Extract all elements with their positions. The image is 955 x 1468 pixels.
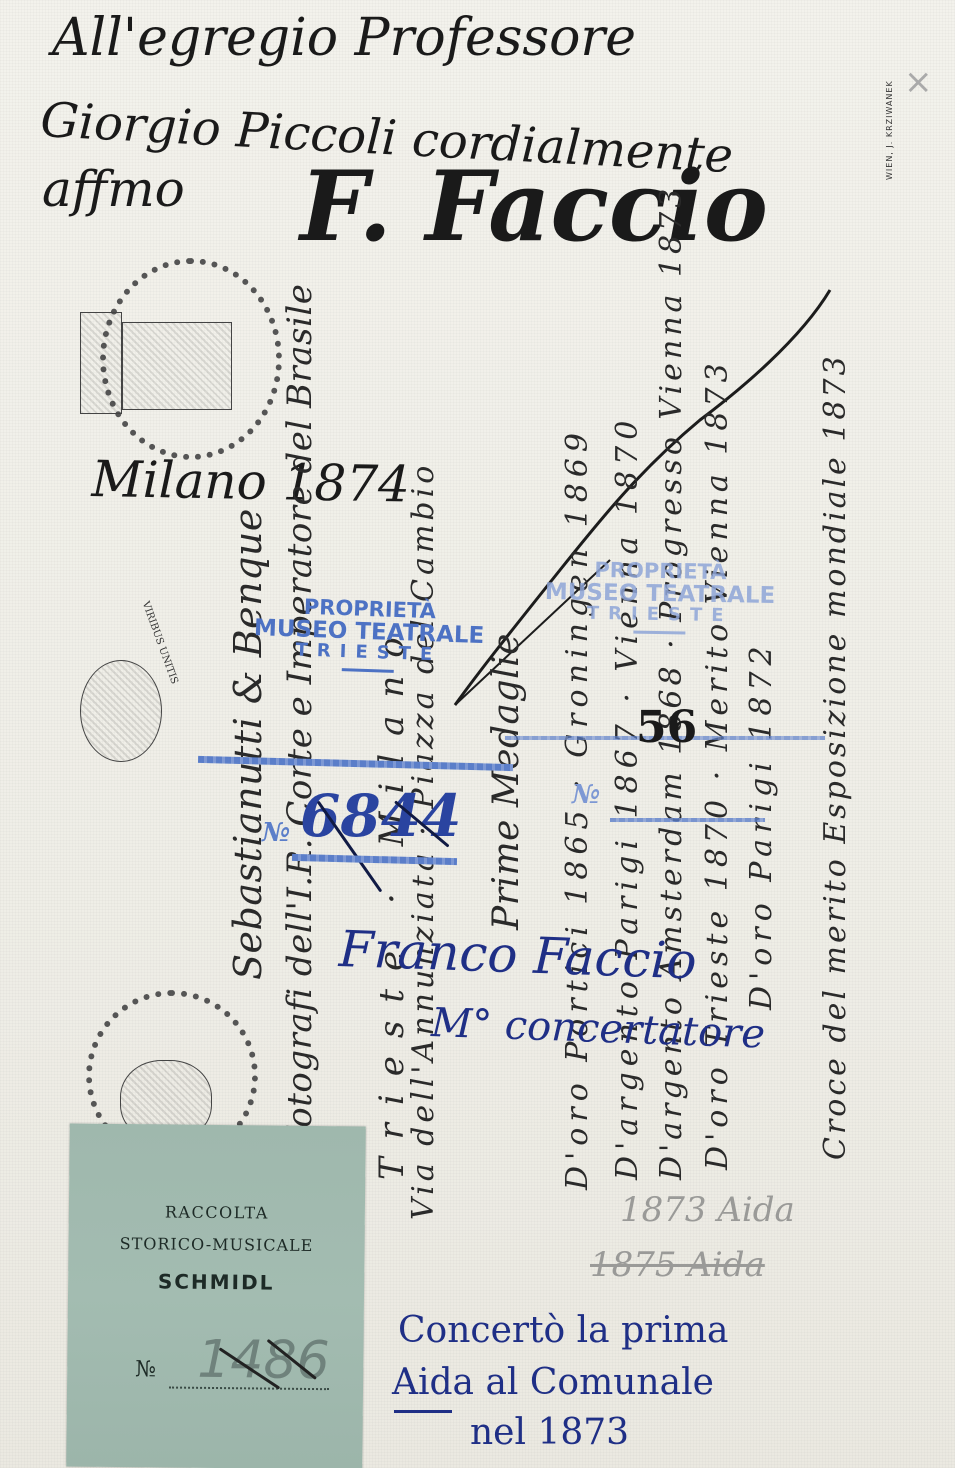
- label-number-symbol: №: [135, 1357, 156, 1382]
- note-underline: [394, 1410, 452, 1413]
- imprint-column-1: Sebastianutti & Benque: [226, 508, 270, 980]
- label-line-1: RACCOLTA: [69, 1201, 365, 1223]
- stamp-2-number-rule: [610, 818, 765, 822]
- coat-of-arms-trieste-icon: [122, 322, 232, 410]
- label-number: 1486: [197, 1330, 330, 1391]
- pencil-note-1: 1873 Aida: [620, 1190, 795, 1230]
- mural-crown-icon: [80, 312, 122, 414]
- stamp-2-number: 56: [636, 702, 697, 753]
- stamp-1-number: 6844: [300, 782, 461, 850]
- imprint-column-10: D'oro Parigi 1872: [744, 640, 779, 1010]
- label-line-2: STORICO-MUSICALE: [68, 1233, 364, 1255]
- label-line-3: SCHMIDL: [68, 1268, 364, 1295]
- note-line-1: Concertò la prima: [398, 1310, 728, 1351]
- note-line-2: Aida al Comunale: [392, 1362, 714, 1403]
- note-line-3: nel 1873: [470, 1412, 629, 1453]
- pencil-note-2-struck: 1875 Aida: [590, 1245, 765, 1285]
- sitter-name: Franco Faccio: [338, 920, 698, 990]
- stamp-1-number-symbol: №: [262, 818, 290, 848]
- printer-mark: WIEN, J. KRZIWANEK: [885, 80, 894, 180]
- museum-stamp-2: PROPRIETÀ MUSEO TEATRALE TRIESTE: [524, 558, 795, 637]
- museum-stamp-1: PROPRIETÀ MUSEO TEATRALE TRIESTE: [233, 593, 505, 676]
- imprint-column-2: Fotografi dell'I.R. Corte e Imperatore d…: [280, 284, 320, 1150]
- double-headed-eagle-icon: [80, 660, 162, 762]
- imprint-column-11: Croce del merito Esposizione mondiale 18…: [818, 353, 853, 1160]
- stamp-2-number-symbol: №: [572, 780, 600, 810]
- imprint-column-5: Prime Medaglie: [486, 633, 527, 930]
- collection-label: RACCOLTA STORICO-MUSICALE SCHMIDL № 1486: [66, 1123, 366, 1468]
- cabinet-card-verso: All'egregio Professore Giorgio Piccoli c…: [0, 0, 955, 1468]
- corner-mark: ×: [904, 62, 933, 102]
- imprint-column-7: D'argento Parigi 1867 · Vienna 1870: [610, 415, 645, 1180]
